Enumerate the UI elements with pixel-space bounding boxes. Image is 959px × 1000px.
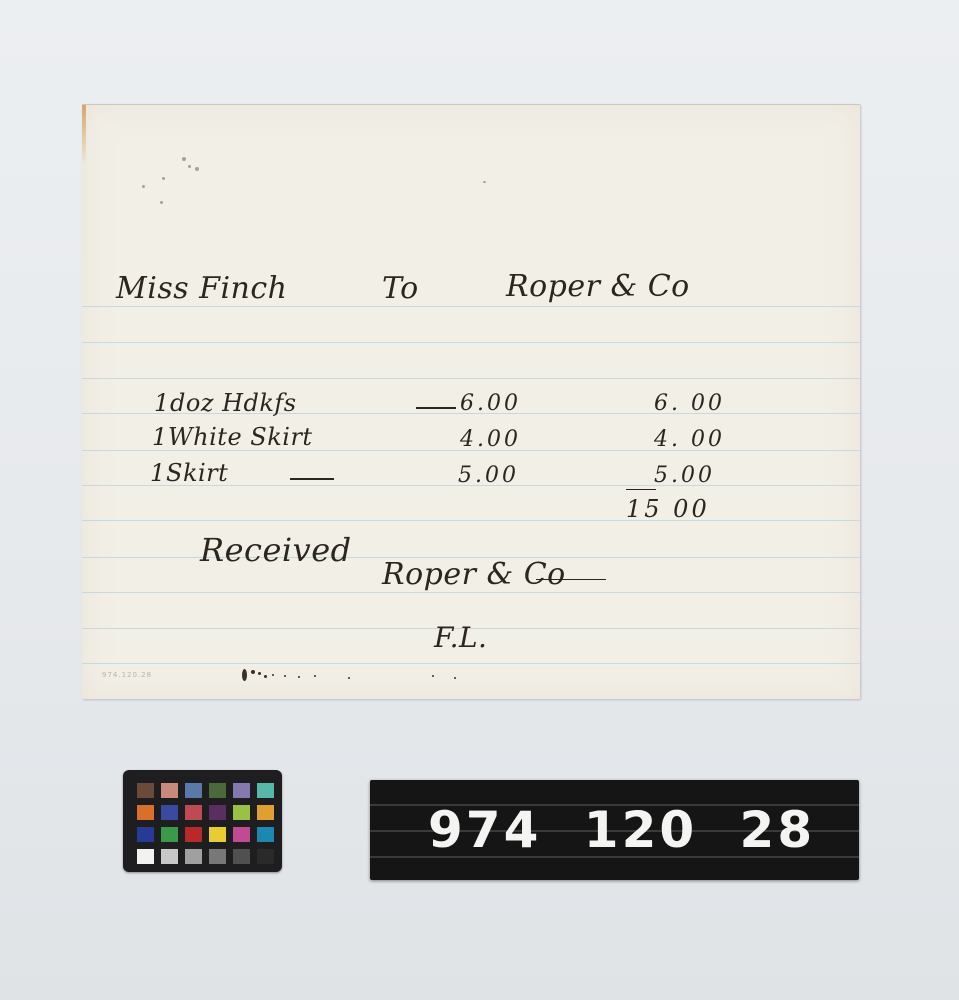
item-unit-price: 4.00 xyxy=(460,427,521,452)
stain xyxy=(188,165,191,168)
color-swatch xyxy=(137,805,154,820)
color-swatch xyxy=(161,783,178,798)
item-amount: 5.00 xyxy=(654,463,715,488)
ruled-line xyxy=(82,520,860,521)
customer-name: Miss Finch xyxy=(116,271,288,306)
flourish-stroke xyxy=(536,579,606,580)
color-swatch xyxy=(137,783,154,798)
color-swatch xyxy=(257,783,274,798)
color-swatch xyxy=(233,827,250,842)
ruled-line xyxy=(82,592,860,593)
received-label: Received xyxy=(200,531,352,569)
color-swatch xyxy=(185,827,202,842)
accession-number: 974 120 28 xyxy=(428,802,839,858)
item-description: Skirt xyxy=(166,459,228,487)
merchant-name: Roper & Co xyxy=(506,269,690,304)
ruled-line xyxy=(82,378,860,379)
item-description: White Skirt xyxy=(168,423,313,451)
stain xyxy=(162,177,165,180)
color-swatch xyxy=(185,849,202,864)
item-qty: 1 xyxy=(154,389,170,417)
to-label: To xyxy=(382,271,419,306)
color-swatch xyxy=(209,849,226,864)
ruled-line xyxy=(82,663,860,664)
color-swatch xyxy=(137,827,154,842)
color-checker-card xyxy=(123,770,282,872)
color-swatch xyxy=(209,805,226,820)
color-swatch xyxy=(233,783,250,798)
stain xyxy=(160,201,163,204)
accession-number-board: 974 120 28 xyxy=(370,780,859,880)
received-by: Roper & Co xyxy=(382,557,566,592)
color-swatch xyxy=(161,827,178,842)
receipt-paper: Miss Finch To Roper & Co 1 doz Hdkfs 6.0… xyxy=(82,104,860,699)
item-description: doz Hdkfs xyxy=(170,389,297,417)
item-qty: 1 xyxy=(150,459,166,487)
total-amount: 15 00 xyxy=(626,495,710,523)
color-swatch xyxy=(257,827,274,842)
stain xyxy=(483,181,486,183)
color-swatch xyxy=(185,783,202,798)
item-unit-price: 5.00 xyxy=(458,463,519,488)
color-swatch xyxy=(137,849,154,864)
dash-stroke xyxy=(290,478,334,480)
stain xyxy=(182,157,186,161)
initials: F.L. xyxy=(434,621,487,654)
stain xyxy=(142,185,145,188)
item-unit-price: 6.00 xyxy=(460,391,521,416)
pencil-catalog-mark: 974.120.28 xyxy=(102,671,152,679)
color-swatch xyxy=(161,805,178,820)
dash-stroke xyxy=(416,407,456,409)
ruled-line xyxy=(82,342,860,343)
color-swatch xyxy=(257,849,274,864)
color-swatch xyxy=(185,805,202,820)
color-swatch xyxy=(209,827,226,842)
ruled-line xyxy=(82,306,860,307)
stain xyxy=(195,167,199,171)
color-swatch xyxy=(257,805,274,820)
item-amount: 4. 00 xyxy=(654,427,725,452)
color-swatch xyxy=(209,783,226,798)
color-swatch xyxy=(161,849,178,864)
sum-stroke xyxy=(626,489,656,490)
item-amount: 6. 00 xyxy=(654,391,725,416)
color-swatch xyxy=(233,849,250,864)
item-qty: 1 xyxy=(152,423,168,451)
color-swatch xyxy=(233,805,250,820)
